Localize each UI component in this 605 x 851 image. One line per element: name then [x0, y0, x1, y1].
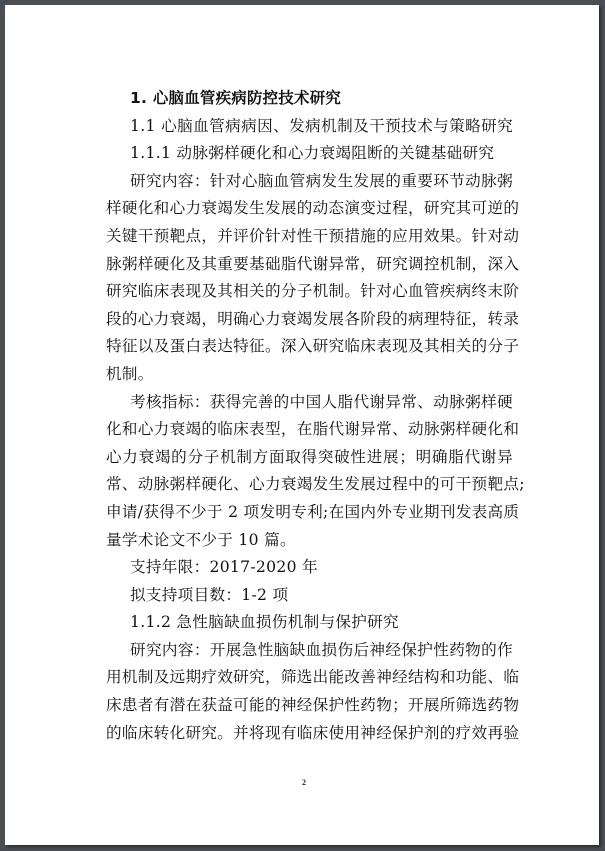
heading-1-1: 1.1 心脑血管病病因、发病机制及干预技术与策略研究: [106, 113, 513, 141]
paragraph-line: 床患者有潜在获益可能的神经保护性药物；开展所筛选药物: [106, 692, 513, 720]
paragraph-line: 研究临床表现及其相关的分子机制。针对心血管疾病终末阶: [106, 278, 513, 306]
section-title: 1.1.1 动脉粥样硬化和心力衰竭阻断的关键基础研究: [106, 140, 513, 168]
paragraph-line: 机制。: [106, 361, 513, 389]
paragraph-line: 考核指标：获得完善的中国人脂代谢异常、动脉粥样硬: [106, 389, 513, 417]
paragraph-line: 化和心力衰竭的临床表型，在脂代谢异常、动脉粥样硬化和: [106, 416, 513, 444]
page-number: 2: [302, 778, 306, 787]
paragraph-line: 的临床转化研究。并将现有临床使用神经保护剂的疗效再验: [106, 720, 513, 748]
paragraph-line: 申请/获得不少于 2 项发明专利;在国内外专业期刊发表高质: [106, 499, 513, 527]
document-page: 1. 心脑血管疾病防控技术研究 1.1 心脑血管病病因、发病机制及干预技术与策略…: [5, 5, 599, 845]
section-title: 1.1.2 急性脑缺血损伤机制与保护研究: [106, 609, 513, 637]
paragraph-line: 特征以及蛋白表达特征。深入研究临床表现及其相关的分子: [106, 333, 513, 361]
paragraph-line: 段的心力衰竭，明确心力衰竭发展各阶段的病理特征，转录: [106, 306, 513, 334]
paragraph-line: 量学术论文不少于 10 篇。: [106, 527, 513, 555]
heading-1: 1. 心脑血管疾病防控技术研究: [106, 85, 513, 113]
paragraph-line: 脉粥样硬化及其重要基础脂代谢异常，研究调控机制，深入: [106, 251, 513, 279]
page-content: 1. 心脑血管疾病防控技术研究 1.1 心脑血管病病因、发病机制及干预技术与策略…: [106, 85, 513, 747]
paragraph-line: 关键干预靶点，并评价针对性干预措施的应用效果。针对动: [106, 223, 513, 251]
paragraph-line: 研究内容：开展急性脑缺血损伤后神经保护性药物的作: [106, 637, 513, 665]
paragraph-line: 样硬化和心力衰竭发生发展的动态演变过程，研究其可逆的: [106, 195, 513, 223]
paragraph-line: 常、动脉粥样硬化、心力衰竭发生发展过程中的可干预靶点;: [106, 471, 513, 499]
paragraph-line: 用机制及远期疗效研究，筛选出能改善神经结构和功能、临: [106, 664, 513, 692]
paragraph-line: 心力衰竭的分子机制方面取得突破性进展；明确脂代谢异: [106, 444, 513, 472]
project-count: 拟支持项目数：1-2 项: [106, 582, 513, 610]
support-years: 支持年限：2017-2020 年: [106, 554, 513, 582]
paragraph-line: 研究内容：针对心脑血管病发生发展的重要环节动脉粥: [106, 168, 513, 196]
